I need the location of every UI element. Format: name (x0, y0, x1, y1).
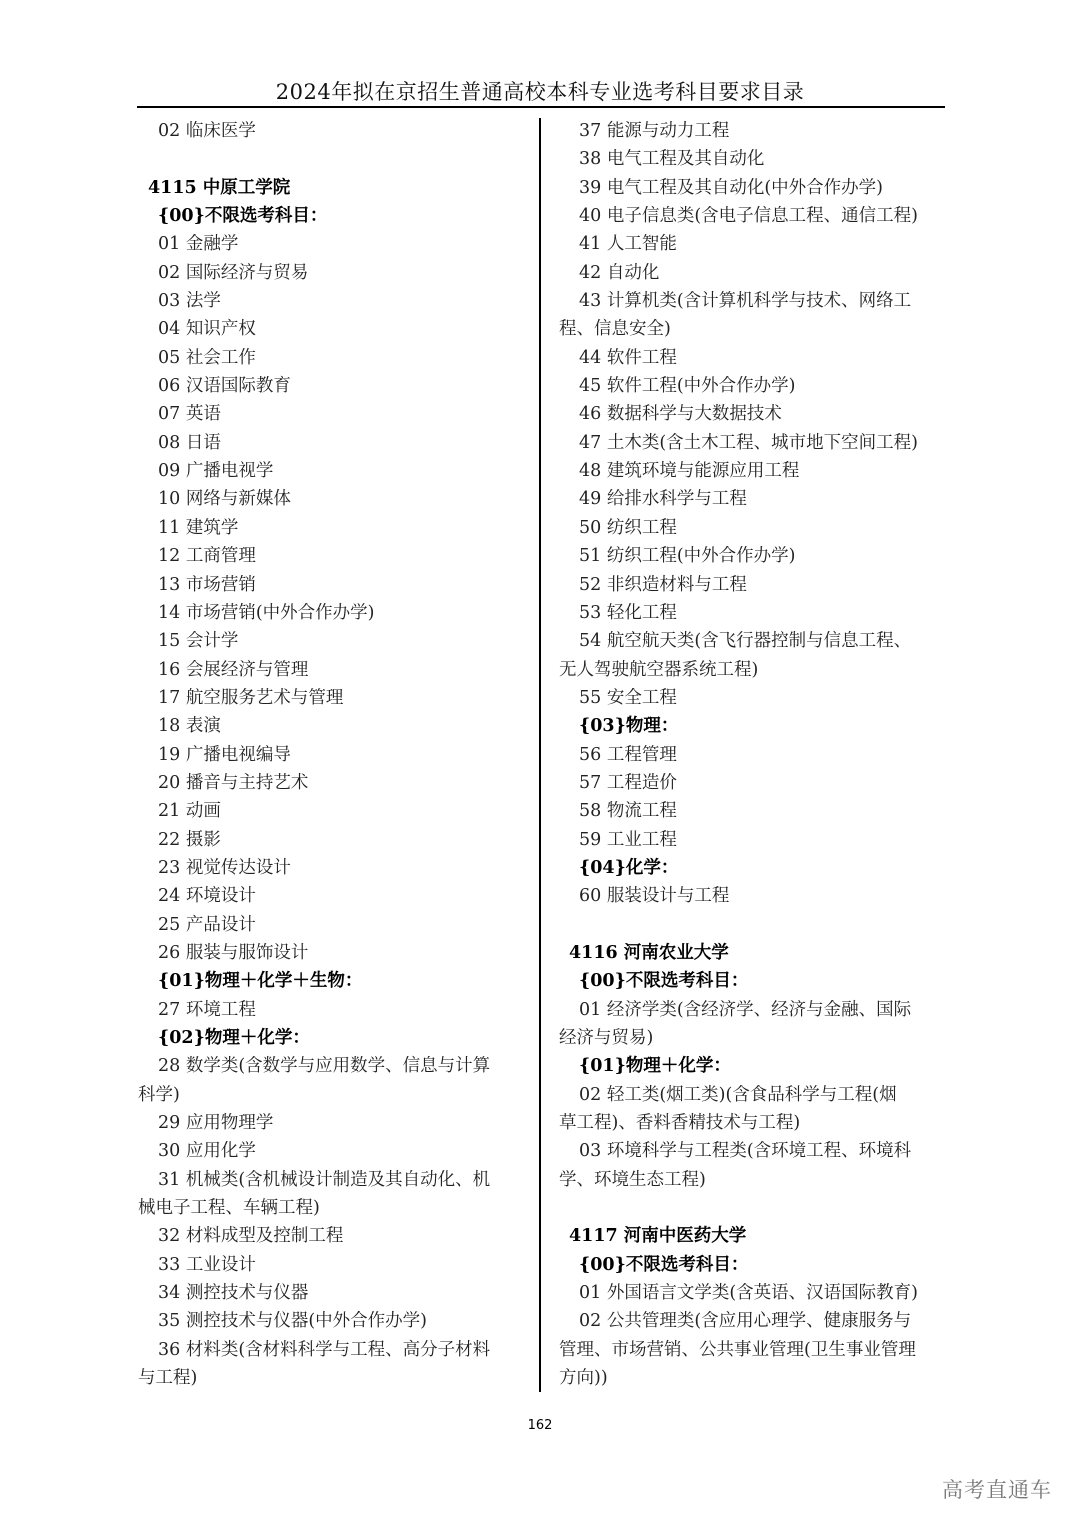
major-item: 21 动画 (138, 797, 526, 825)
major-item: 55 安全工程 (559, 684, 947, 712)
major-item-continuation: 无人驾驶航空器系统工程) (559, 656, 947, 684)
major-item: 48 建筑环境与能源应用工程 (559, 457, 947, 485)
spacer (559, 1194, 947, 1222)
major-item: 36 材料类(含材料科学与工程、高分子材料 (138, 1336, 526, 1364)
major-item: 09 广播电视学 (138, 457, 526, 485)
school-heading: 4117 河南中医药大学 (559, 1222, 947, 1250)
major-item: 12 工商管理 (138, 542, 526, 570)
header-rule (137, 106, 945, 108)
major-item: 45 软件工程(中外合作办学) (559, 372, 947, 400)
major-item: 40 电子信息类(含电子信息工程、通信工程) (559, 202, 947, 230)
major-item: 46 数据科学与大数据技术 (559, 400, 947, 428)
major-item-continuation: 学、环境生态工程) (559, 1166, 947, 1194)
subject-group-heading: {03}物理： (559, 712, 947, 740)
major-item: 14 市场营销(中外合作办学) (138, 599, 526, 627)
major-item: 11 建筑学 (138, 514, 526, 542)
major-item: 56 工程管理 (559, 741, 947, 769)
major-item: 19 广播电视编导 (138, 741, 526, 769)
major-item: 35 测控技术与仪器(中外合作办学) (138, 1307, 526, 1335)
major-item: 01 外国语言文学类(含英语、汉语国际教育) (559, 1279, 947, 1307)
major-item: 51 纺织工程(中外合作办学) (559, 542, 947, 570)
major-item: 02 临床医学 (138, 117, 526, 145)
major-item: 04 知识产权 (138, 315, 526, 343)
major-item: 10 网络与新媒体 (138, 485, 526, 513)
major-item: 52 非织造材料与工程 (559, 571, 947, 599)
major-item: 02 国际经济与贸易 (138, 259, 526, 287)
spacer (559, 911, 947, 939)
major-item-continuation: 与工程) (138, 1364, 526, 1392)
major-item: 24 环境设计 (138, 882, 526, 910)
major-item: 57 工程造价 (559, 769, 947, 797)
major-item: 05 社会工作 (138, 344, 526, 372)
major-item: 13 市场营销 (138, 571, 526, 599)
subject-group-heading: {00}不限选考科目： (559, 1251, 947, 1279)
left-column: 02 临床医学4115 中原工学院{00}不限选考科目：01 金融学02 国际经… (138, 117, 526, 1392)
major-item-continuation: 科学) (138, 1081, 526, 1109)
major-item: 03 环境科学与工程类(含环境工程、环境科 (559, 1137, 947, 1165)
major-item: 50 纺织工程 (559, 514, 947, 542)
major-item: 44 软件工程 (559, 344, 947, 372)
major-item-continuation: 械电子工程、车辆工程) (138, 1194, 526, 1222)
major-item-continuation: 草工程)、香料香精技术与工程) (559, 1109, 947, 1137)
major-item: 23 视觉传达设计 (138, 854, 526, 882)
major-item: 38 电气工程及其自动化 (559, 145, 947, 173)
page-number: 162 (0, 1418, 1080, 1433)
major-item: 07 英语 (138, 400, 526, 428)
major-item: 43 计算机类(含计算机科学与技术、网络工 (559, 287, 947, 315)
major-item: 33 工业设计 (138, 1251, 526, 1279)
school-heading: 4116 河南农业大学 (559, 939, 947, 967)
major-item: 15 会计学 (138, 627, 526, 655)
page-title: 2024年拟在京招生普通高校本科专业选考科目要求目录 (0, 76, 1080, 106)
school-heading: 4115 中原工学院 (138, 174, 526, 202)
major-item: 53 轻化工程 (559, 599, 947, 627)
major-item: 01 金融学 (138, 230, 526, 258)
major-item: 34 测控技术与仪器 (138, 1279, 526, 1307)
major-item: 26 服装与服饰设计 (138, 939, 526, 967)
column-divider (539, 118, 541, 1392)
subject-group-heading: {00}不限选考科目： (138, 202, 526, 230)
major-item: 01 经济学类(含经济学、经济与金融、国际 (559, 996, 947, 1024)
major-item-continuation: 程、信息安全) (559, 315, 947, 343)
major-item: 28 数学类(含数学与应用数学、信息与计算 (138, 1052, 526, 1080)
major-item: 32 材料成型及控制工程 (138, 1222, 526, 1250)
major-item: 22 摄影 (138, 826, 526, 854)
major-item: 20 播音与主持艺术 (138, 769, 526, 797)
subject-group-heading: {04}化学： (559, 854, 947, 882)
subject-group-heading: {01}物理＋化学＋生物： (138, 967, 526, 995)
major-item: 30 应用化学 (138, 1137, 526, 1165)
major-item: 31 机械类(含机械设计制造及其自动化、机 (138, 1166, 526, 1194)
right-column: 37 能源与动力工程38 电气工程及其自动化39 电气工程及其自动化(中外合作办… (559, 117, 947, 1392)
major-item: 02 轻工类(烟工类)(含食品科学与工程(烟 (559, 1081, 947, 1109)
watermark: 高考直通车 (942, 1474, 1052, 1504)
major-item: 03 法学 (138, 287, 526, 315)
major-item: 47 土木类(含土木工程、城市地下空间工程) (559, 429, 947, 457)
major-item: 02 公共管理类(含应用心理学、健康服务与 (559, 1307, 947, 1335)
major-item: 60 服装设计与工程 (559, 882, 947, 910)
major-item: 54 航空航天类(含飞行器控制与信息工程、 (559, 627, 947, 655)
subject-group-heading: {02}物理＋化学： (138, 1024, 526, 1052)
major-item: 27 环境工程 (138, 996, 526, 1024)
major-item-continuation: 经济与贸易) (559, 1024, 947, 1052)
spacer (138, 145, 526, 173)
subject-group-heading: {00}不限选考科目： (559, 967, 947, 995)
major-item: 59 工业工程 (559, 826, 947, 854)
major-item: 37 能源与动力工程 (559, 117, 947, 145)
major-item: 29 应用物理学 (138, 1109, 526, 1137)
major-item: 16 会展经济与管理 (138, 656, 526, 684)
major-item: 49 给排水科学与工程 (559, 485, 947, 513)
subject-group-heading: {01}物理＋化学： (559, 1052, 947, 1080)
major-item-continuation: 方向)) (559, 1364, 947, 1392)
major-item: 41 人工智能 (559, 230, 947, 258)
major-item: 17 航空服务艺术与管理 (138, 684, 526, 712)
major-item: 39 电气工程及其自动化(中外合作办学) (559, 174, 947, 202)
major-item-continuation: 管理、市场营销、公共事业管理(卫生事业管理 (559, 1336, 947, 1364)
major-item: 06 汉语国际教育 (138, 372, 526, 400)
major-item: 08 日语 (138, 429, 526, 457)
major-item: 18 表演 (138, 712, 526, 740)
major-item: 25 产品设计 (138, 911, 526, 939)
major-item: 42 自动化 (559, 259, 947, 287)
major-item: 58 物流工程 (559, 797, 947, 825)
